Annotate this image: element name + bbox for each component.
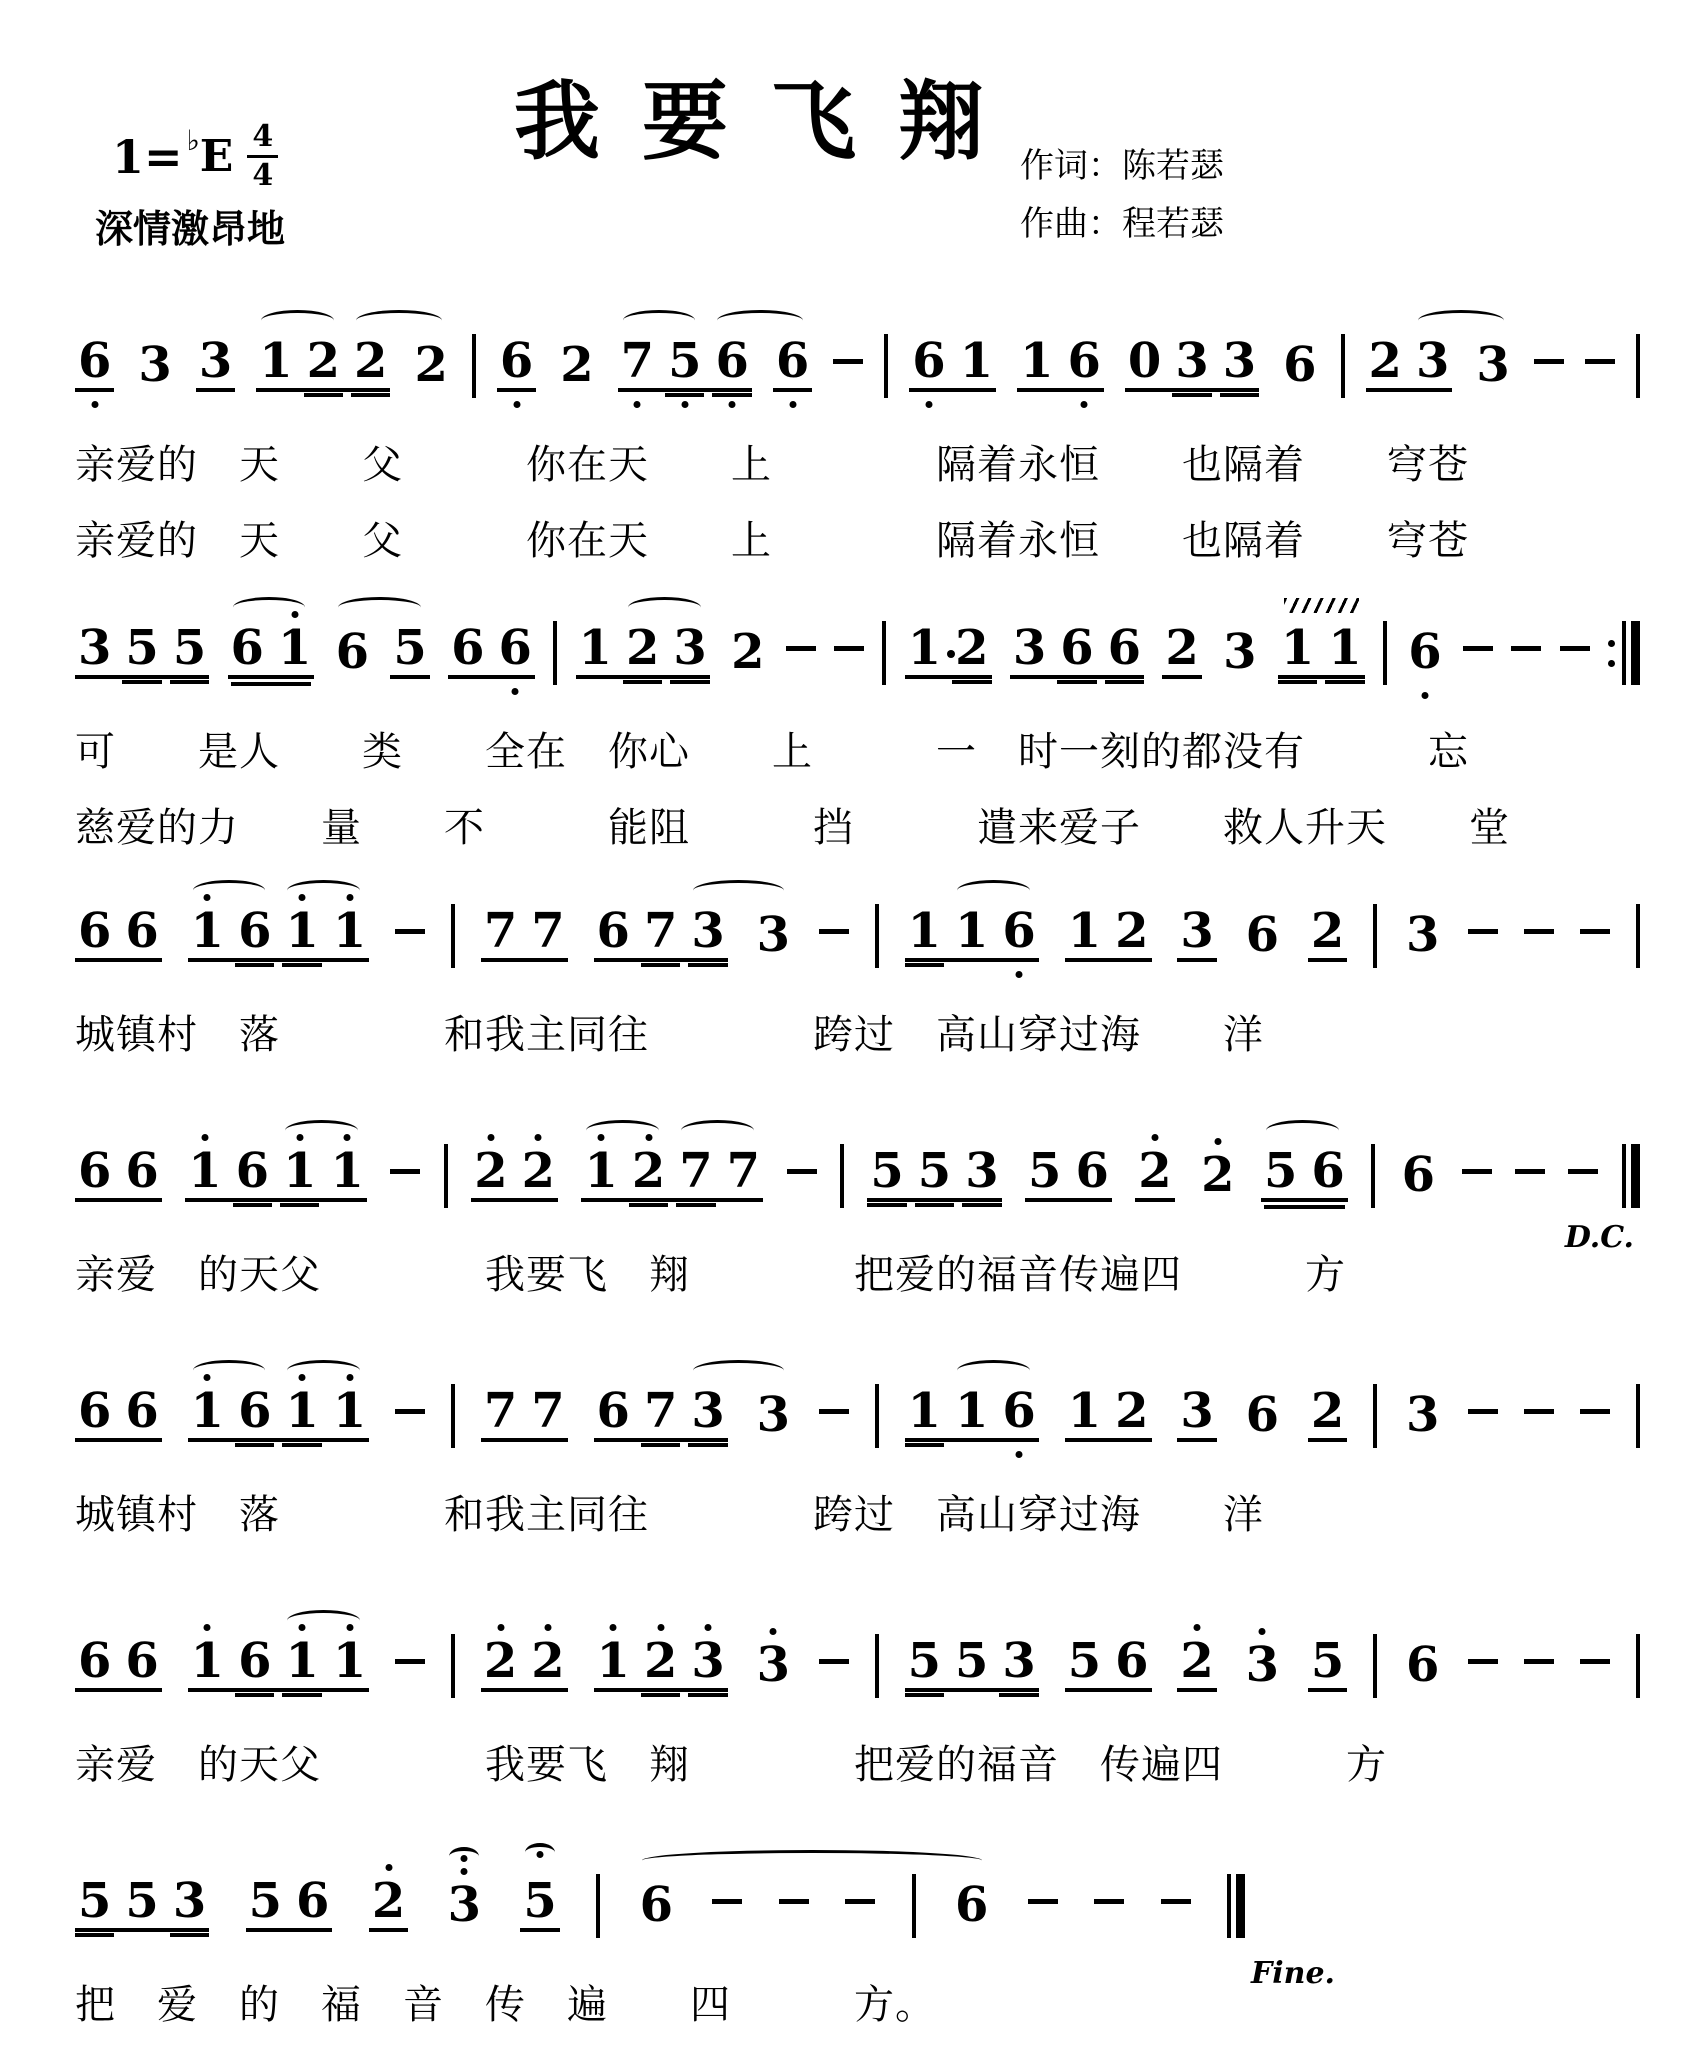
- final-barline: [1227, 1874, 1245, 1938]
- note-number: 7: [484, 1387, 517, 1435]
- note: 2: [731, 628, 764, 676]
- octave-dot-below: [1016, 971, 1023, 978]
- note: 1: [955, 907, 988, 955]
- note: 3: [1002, 1637, 1035, 1685]
- note-number: 3: [173, 1877, 206, 1925]
- octave-dot-above: [1194, 1624, 1201, 1631]
- note-number: 3: [673, 624, 706, 672]
- beam-group: 673: [594, 907, 728, 962]
- note: 6: [1406, 1641, 1439, 1689]
- beam-group: 366: [1010, 624, 1144, 679]
- note-number: 1: [597, 1637, 630, 1685]
- slur-arc: [693, 880, 784, 901]
- note: 3: [1223, 628, 1256, 676]
- note-number: 2: [955, 624, 988, 672]
- note: 2: [1180, 1637, 1213, 1685]
- barline: [1636, 1634, 1640, 1698]
- note: 7: [484, 1387, 517, 1435]
- note: 5: [1068, 1637, 1101, 1685]
- note: 6: [236, 1147, 269, 1195]
- note-number: 2: [644, 1637, 677, 1685]
- lyrics-line: 亲爱 的天父 我要飞 翔 把爱的福音 传遍四 方: [75, 1742, 1640, 1788]
- note: 5: [1264, 1147, 1297, 1195]
- thin-barline: [840, 1144, 844, 1208]
- slur-arc: [586, 1120, 659, 1141]
- note: 5: [249, 1877, 282, 1925]
- note: 3: [1180, 907, 1213, 955]
- beam-group: 66: [75, 1147, 162, 1202]
- octave-dot-below: [513, 401, 520, 408]
- notation-line: 633122262756661160336233: [75, 298, 1640, 408]
- note-number: 5: [908, 1637, 941, 1685]
- beam-group: 3: [754, 911, 793, 962]
- note: 5: [870, 1147, 903, 1195]
- beam-group: 6: [1280, 341, 1319, 392]
- note-number: 6: [238, 1637, 271, 1685]
- note: 6: [500, 337, 533, 385]
- note: 6: [238, 907, 271, 955]
- note-number: 6: [776, 337, 809, 385]
- note: 6: [499, 624, 532, 672]
- thin-barline: [1373, 904, 1377, 968]
- thin-barline: [1636, 334, 1640, 398]
- duration-dash: [1468, 1409, 1498, 1414]
- note: 6: [78, 337, 111, 385]
- note-number: 7: [531, 1387, 564, 1435]
- note-number: 5: [125, 624, 158, 672]
- note-number: 2: [484, 1637, 517, 1685]
- note-number: 6: [1402, 1151, 1435, 1199]
- note-number: 6: [1246, 1391, 1279, 1439]
- beam-group: 16: [1017, 337, 1104, 392]
- note-number: 2: [372, 1877, 405, 1925]
- note-number: 3: [1406, 911, 1439, 959]
- duration-dash: [395, 1409, 425, 1414]
- duration-dash: [1524, 929, 1554, 934]
- note: 2: [1165, 624, 1198, 672]
- note-number: 7: [727, 1147, 760, 1195]
- note-number: 1: [191, 1387, 224, 1435]
- note: 2: [531, 1637, 564, 1685]
- note-number: 3: [691, 1387, 724, 1435]
- note: 6: [451, 624, 484, 672]
- note-number: 2: [632, 1147, 665, 1195]
- note-number: 6: [1108, 624, 1141, 672]
- lyrics-line: 把 爱 的 福 音 传 遍 四 方。: [75, 1982, 1245, 2028]
- note: 3: [1180, 1387, 1213, 1435]
- lyrics-line: 亲爱的 天 父 你在天 上 隔着永恒 也隔着 穹苍: [75, 518, 1640, 564]
- barline: [1636, 904, 1640, 968]
- system-3: 661611776733116123623城镇村 落 和我主同往 跨过 高山穿过…: [75, 868, 1640, 1058]
- note: 2: [1311, 907, 1344, 955]
- duration-dash: [833, 359, 863, 364]
- note-number: 3: [691, 907, 724, 955]
- note-number: 6: [1068, 337, 1101, 385]
- beam-group: 553: [75, 1877, 209, 1932]
- beam-group: 2: [557, 341, 596, 392]
- note: 6: [78, 907, 111, 955]
- thick-barline: [1631, 621, 1640, 685]
- note: 6: [1283, 341, 1316, 389]
- note: 1: [259, 337, 292, 385]
- octave-dot-above: [1259, 1628, 1266, 1635]
- barline: [1371, 1144, 1375, 1208]
- thin-barline: [875, 904, 879, 968]
- octave-dot-above: [1151, 1134, 1158, 1141]
- note-number: 5: [1068, 1637, 1101, 1685]
- note: 1: [285, 907, 318, 955]
- beam-group: 2: [1198, 1151, 1237, 1202]
- slur-arc: [287, 1360, 360, 1381]
- note: 2: [1115, 1387, 1148, 1435]
- slur-arc: [193, 1360, 266, 1381]
- note-number: 7: [644, 1387, 677, 1435]
- octave-dot-above: [770, 1628, 777, 1635]
- note-number: 6: [78, 1147, 111, 1195]
- duration-dash: [845, 1899, 875, 1904]
- thin-barline: [1636, 1384, 1640, 1448]
- note-number: 3: [1476, 341, 1509, 389]
- beam-group: 12: [905, 624, 992, 679]
- system-5: 661611776733116123623城镇村 落 和我主同往 跨过 高山穿过…: [75, 1348, 1640, 1538]
- beam-group: 56: [246, 1877, 333, 1932]
- note-number: 6: [499, 624, 532, 672]
- duration-dash: [1462, 1169, 1492, 1174]
- note-number: 2: [307, 337, 340, 385]
- lyrics-line: 城镇村 落 和我主同往 跨过 高山穿过海 洋: [75, 1012, 1640, 1058]
- note: 5: [955, 1637, 988, 1685]
- note: 2: [1138, 1147, 1171, 1195]
- note: 6: [125, 907, 158, 955]
- barline: [451, 1384, 455, 1448]
- duration-dash: [819, 929, 849, 934]
- beam-group: 11: [1278, 624, 1365, 679]
- note-number: 1: [908, 624, 941, 672]
- barline: [882, 621, 886, 685]
- note: 6: [238, 1637, 271, 1685]
- final-barline: [1622, 1144, 1640, 1208]
- beam-group: 3: [1243, 1641, 1282, 1692]
- note: 2: [560, 341, 593, 389]
- note-number: 6: [125, 1637, 158, 1685]
- note-number: 2: [1311, 1387, 1344, 1435]
- thin-barline: [444, 1144, 448, 1208]
- note: 5: [125, 624, 158, 672]
- note-number: 1: [908, 1387, 941, 1435]
- note: 3: [1246, 1641, 1279, 1689]
- duration-dash: [1585, 359, 1615, 364]
- note: 2: [372, 1877, 405, 1925]
- note: 6: [1311, 1147, 1344, 1195]
- note-number: 1: [188, 1147, 221, 1195]
- note-number: 5: [918, 1147, 951, 1195]
- note-number: 1: [955, 1387, 988, 1435]
- octave-dot-below: [1016, 1451, 1023, 1458]
- note-number: 3: [757, 1641, 790, 1689]
- lyrics-line: 亲爱 的天父 我要飞 翔 把爱的福音传遍四 方: [75, 1252, 1640, 1298]
- note: 6: [1115, 1637, 1148, 1685]
- note: 3: [1175, 337, 1208, 385]
- note-number: 6: [640, 1881, 673, 1929]
- note: 5: [393, 624, 426, 672]
- beam-group: 553: [867, 1147, 1001, 1202]
- note-number: 1: [584, 1147, 617, 1195]
- beam-group: 116: [905, 907, 1039, 962]
- note-number: 3: [1246, 1641, 1279, 1689]
- note: 1: [278, 624, 311, 672]
- note: 6: [1108, 624, 1141, 672]
- note: 6: [1002, 907, 1035, 955]
- note-number: 3: [1416, 337, 1449, 385]
- octave-dot-below: [789, 401, 796, 408]
- note: 1: [283, 1147, 316, 1195]
- beam-group: 61: [909, 337, 996, 392]
- note-number: 2: [1311, 907, 1344, 955]
- beam-group: 3: [135, 341, 174, 392]
- note-number: 6: [1283, 341, 1316, 389]
- note: 1: [1328, 624, 1361, 672]
- beam-group: 56: [1261, 1147, 1348, 1202]
- note: 3: [199, 337, 232, 385]
- note: 6: [955, 1881, 988, 1929]
- barline: [596, 1874, 600, 1938]
- barline: [1341, 334, 1345, 398]
- lyricist-credit: 作词：陈若瑟: [1020, 138, 1224, 187]
- key-prefix: 1=: [112, 130, 183, 184]
- repeat-dots: [1608, 640, 1615, 667]
- beam-group: 77: [481, 1387, 568, 1442]
- note-number: 6: [1115, 1637, 1148, 1685]
- note-number: 2: [531, 1637, 564, 1685]
- barline: [1636, 334, 1640, 398]
- note-number: 7: [644, 907, 677, 955]
- note: 3: [173, 1877, 206, 1925]
- note-number: 2: [474, 1147, 507, 1195]
- thin-barline: [472, 334, 476, 398]
- notation-line: 661611221233553562356: [75, 1598, 1640, 1708]
- note-number: 3: [1013, 624, 1046, 672]
- note: 1: [285, 1387, 318, 1435]
- notation-line: 661611776733116123623: [75, 1348, 1640, 1458]
- note-number: 1: [1068, 907, 1101, 955]
- octave-dot-above: [1214, 1138, 1221, 1145]
- note: 1: [191, 907, 224, 955]
- beam-group: 6: [773, 337, 812, 392]
- beam-group: 756: [618, 337, 752, 392]
- note: 7: [531, 907, 564, 955]
- note: 1: [597, 1637, 630, 1685]
- note-number: 5: [173, 624, 206, 672]
- duration-dash: [1511, 646, 1541, 651]
- note-number: 6: [231, 624, 264, 672]
- duration-dash: [834, 646, 864, 651]
- barline: [884, 334, 888, 398]
- note-number: 1: [579, 624, 612, 672]
- repeat-dot: [1608, 640, 1615, 647]
- fermata-icon: [525, 1843, 555, 1862]
- notation-line: 6616112212775535622566: [75, 1108, 1640, 1218]
- thin-barline: [1373, 1634, 1377, 1698]
- thin-barline: [912, 1874, 916, 1938]
- duration-dash: [1094, 1899, 1124, 1904]
- note-number: 3: [1175, 337, 1208, 385]
- slur-arc: [356, 310, 442, 331]
- note: 6: [776, 337, 809, 385]
- note-number: 2: [1369, 337, 1402, 385]
- note: 3: [1406, 911, 1439, 959]
- system-4: 6616112212775535622566亲爱 的天父 我要飞 翔 把爱的福音…: [75, 1108, 1640, 1298]
- beam-group: 56: [1065, 1637, 1152, 1692]
- note-number: 6: [1002, 1387, 1035, 1435]
- note: 5: [918, 1147, 951, 1195]
- slur-arc: [287, 1610, 360, 1631]
- beam-group: 5: [1308, 1637, 1347, 1692]
- note-number: 5: [1264, 1147, 1297, 1195]
- beam-group: 355: [75, 624, 209, 679]
- barline: [875, 1634, 879, 1698]
- note: 2: [1201, 1151, 1234, 1199]
- note-number: 1: [908, 907, 941, 955]
- duration-dash: [787, 1169, 817, 1174]
- note-number: 3: [138, 341, 171, 389]
- note-number: 5: [393, 624, 426, 672]
- note: 1: [191, 1387, 224, 1435]
- note: 3: [1416, 337, 1449, 385]
- note-number: 5: [523, 1877, 556, 1925]
- note: 2: [1369, 337, 1402, 385]
- barline: [1373, 1384, 1377, 1448]
- note-number: 5: [955, 1637, 988, 1685]
- note: 2: [474, 1147, 507, 1195]
- note: 7: [621, 337, 654, 385]
- notation-line: 5535623566: [75, 1838, 1245, 1948]
- beam-group: 66: [75, 1387, 162, 1442]
- note-number: 5: [870, 1147, 903, 1195]
- note: 3: [78, 624, 111, 672]
- beam-group: 6: [1403, 1641, 1442, 1692]
- note: 1: [333, 1637, 366, 1685]
- note: 6: [1002, 1387, 1035, 1435]
- note: 6: [1402, 1151, 1435, 1199]
- beam-group: 5: [390, 624, 429, 679]
- beam-group: 6: [1243, 1391, 1282, 1442]
- note-number: 5: [125, 1877, 158, 1925]
- barline: [472, 334, 476, 398]
- beam-group: 66: [75, 907, 162, 962]
- beam-group: 66: [75, 1637, 162, 1692]
- note: 7: [679, 1147, 712, 1195]
- note: 3: [138, 341, 171, 389]
- note: 1: [1068, 1387, 1101, 1435]
- beam-group: 61: [228, 624, 315, 679]
- note-number: 1: [330, 1147, 363, 1195]
- note-number: 2: [1201, 1151, 1234, 1199]
- beam-group: 2: [1162, 624, 1201, 679]
- beam-group: 6: [75, 337, 114, 392]
- expression-marking: 深情激昂地: [95, 198, 285, 253]
- note: 7: [644, 1387, 677, 1435]
- notation-line: 35561656612321236623116: [75, 585, 1640, 695]
- note-number: 3: [1180, 907, 1213, 955]
- thin-barline: [451, 1634, 455, 1698]
- note-number: 6: [125, 1147, 158, 1195]
- note-number: 6: [1311, 1147, 1344, 1195]
- note: 1: [955, 1387, 988, 1435]
- composer-credit: 作曲：程若瑟: [1020, 196, 1224, 245]
- lyrics-line: 亲爱的 天 父 你在天 上 隔着永恒 也隔着 穹苍: [75, 442, 1640, 488]
- note-number: 6: [336, 628, 369, 676]
- duration-dash: [1568, 1169, 1598, 1174]
- beam-group: 2: [728, 628, 767, 679]
- note-number: 6: [78, 337, 111, 385]
- octave-dot-below: [1081, 401, 1088, 408]
- note: 1: [908, 624, 941, 672]
- note-number: 5: [78, 1877, 111, 1925]
- system-6: 661611221233553562356亲爱 的天父 我要飞 翔 把爱的福音 …: [75, 1598, 1640, 1788]
- note-number: 1: [1281, 624, 1314, 672]
- note-number: 1: [333, 1637, 366, 1685]
- note: 7: [727, 1147, 760, 1195]
- thin-barline: [596, 1874, 600, 1938]
- octave-dot-below: [634, 401, 641, 408]
- note: 3: [691, 1387, 724, 1435]
- note-number: 6: [78, 907, 111, 955]
- slur-arc: [261, 310, 334, 331]
- note-number: 1: [191, 907, 224, 955]
- repeat-dot: [1608, 660, 1615, 667]
- note: 1: [960, 337, 993, 385]
- note-number: 6: [1002, 907, 1035, 955]
- note-number: 6: [125, 1387, 158, 1435]
- thin-barline: [451, 904, 455, 968]
- beam-group: 22: [481, 1637, 568, 1692]
- barline: [1373, 1634, 1377, 1698]
- note-number: 6: [715, 337, 748, 385]
- beam-group: 3: [1403, 911, 1442, 962]
- note-number: 3: [1223, 337, 1256, 385]
- beam-group: 3: [1177, 907, 1216, 962]
- note: 2: [522, 1147, 555, 1195]
- beam-group: 3: [1177, 1387, 1216, 1442]
- duration-dash: [1161, 1899, 1191, 1904]
- duration-dash: [395, 929, 425, 934]
- lyrics-line: 慈爱的力 量 不 能阻 挡 遣来爱子 救人升天 堂: [75, 805, 1640, 851]
- note: 6: [1246, 911, 1279, 959]
- thin-barline: [1636, 1634, 1640, 1698]
- beam-group: 1611: [185, 1147, 367, 1202]
- note: 1: [1281, 624, 1314, 672]
- note: 6: [912, 337, 945, 385]
- note-number: 6: [238, 907, 271, 955]
- note: 5: [173, 624, 206, 672]
- key-letter: E: [200, 131, 234, 182]
- beam-group: 3: [1220, 628, 1259, 679]
- note-number: 6: [597, 1387, 630, 1435]
- note: 2: [1115, 907, 1148, 955]
- note-number: 5: [1311, 1637, 1344, 1685]
- thick-barline: [1631, 1144, 1640, 1208]
- duration-dash: [1534, 359, 1564, 364]
- thin-barline: [1373, 1384, 1377, 1448]
- note: 2: [354, 337, 387, 385]
- note-number: 3: [757, 1391, 790, 1439]
- duration-dash: [1463, 646, 1493, 651]
- note: 2: [484, 1637, 517, 1685]
- thin-barline: [1371, 1144, 1375, 1208]
- beam-group: 673: [594, 1387, 728, 1442]
- note-number: 1: [278, 624, 311, 672]
- beam-group: 033: [1125, 337, 1259, 392]
